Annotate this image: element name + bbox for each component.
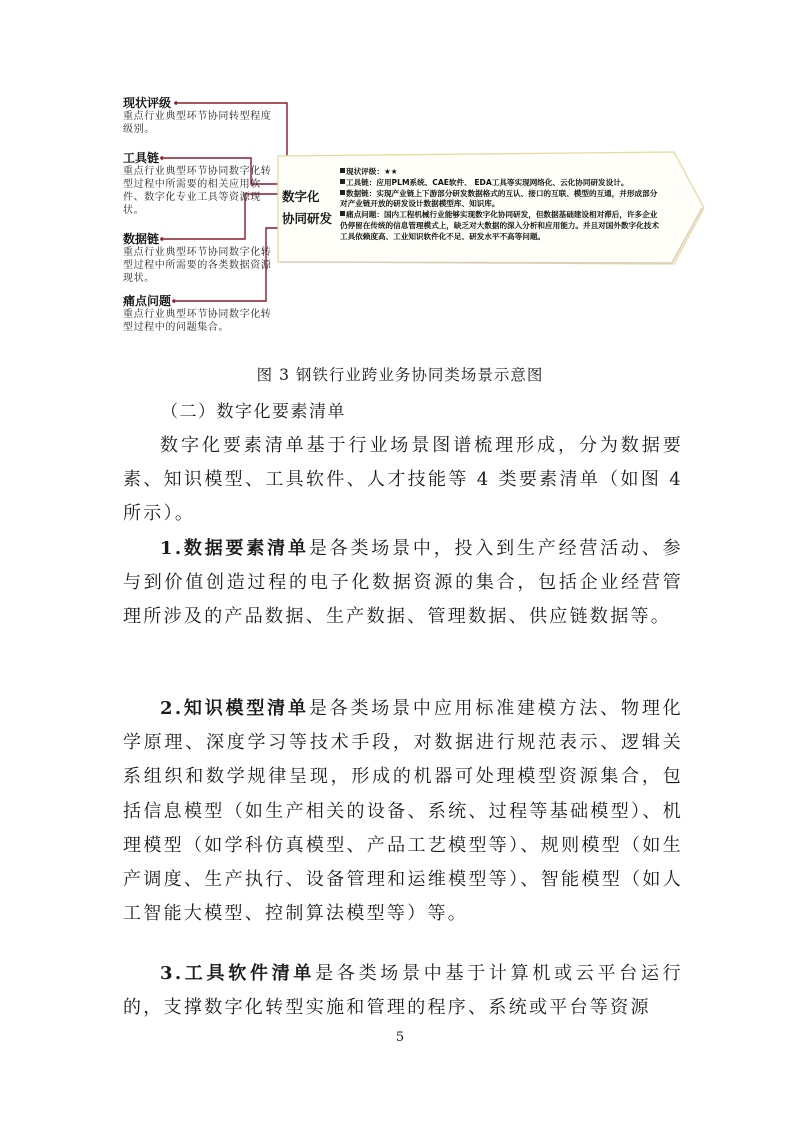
label-title: 数据链 xyxy=(123,232,273,246)
label-desc: 重点行业典型环节协同数字化转型过程中所需要的相关应用软件、数字化专业工具等资源现… xyxy=(123,165,273,217)
item-text: 国内工程机械行业能够实现数字化协同研发，但数据基础建设相对滞后，许多企业仍停留在… xyxy=(340,210,659,241)
paragraph-lead: 2.知识模型清单 xyxy=(160,698,309,719)
paragraph-lead: 3.工具软件清单 xyxy=(160,963,315,984)
box-item-toolchain: 工具链：应用PLM系统、CAE软件、 EDA工具等实现网络化、云化协同研发设计。 xyxy=(340,178,660,189)
label-title: 现状评级 xyxy=(123,96,273,110)
label-title: 痛点问题 xyxy=(123,294,273,308)
label-block-rating: 现状评级 重点行业典型环节协同转型程度级别。 xyxy=(123,96,273,136)
paragraph-data-elements: 1.数据要素清单是各类场景中，投入到生产经营活动、参与到价值创造过程的电子化数据… xyxy=(123,532,683,635)
item-label: 数据链： xyxy=(346,189,376,198)
bullet-square-icon xyxy=(340,168,345,173)
paragraph-tool-software: 3.工具软件清单是各类场景中基于计算机或云平台运行的，支撑数字化转型实施和管理的… xyxy=(123,957,683,1025)
paragraph-intro: 数字化要素清单基于行业场景图谱梳理形成，分为数据要素、知识模型、工具软件、人才技… xyxy=(123,429,683,532)
figure-caption: 图 3 钢铁行业跨业务协同类场景示意图 xyxy=(0,363,800,385)
box-title-line1: 数字化 xyxy=(282,186,332,208)
label-desc: 重点行业典型环节协同转型程度级别。 xyxy=(123,110,273,136)
paragraph-knowledge-models: 2.知识模型清单是各类场景中应用标准建模方法、物理化学原理、深度学习等技术手段，… xyxy=(123,692,683,931)
section-heading: （二）数字化要素清单 xyxy=(161,397,346,422)
item-text: ★★ xyxy=(384,167,398,176)
box-item-datachain: 数据链：实现产业链上下游部分研发数据格式的互认、接口的互联、模型的互通，并形成部… xyxy=(340,189,660,211)
box-details: 现状评级：★★ 工具链：应用PLM系统、CAE软件、 EDA工具等实现网络化、云… xyxy=(340,167,660,243)
label-block-datachain: 数据链 重点行业典型环节协同数字化转型过程中所需要的各类数据资源现状。 xyxy=(123,232,273,285)
label-title: 工具链 xyxy=(123,151,273,165)
label-block-toolchain: 工具链 重点行业典型环节协同数字化转型过程中所需要的相关应用软件、数字化专业工具… xyxy=(123,151,273,217)
item-label: 现状评级： xyxy=(346,167,384,176)
paragraph-lead: 1.数据要素清单 xyxy=(160,538,309,559)
item-text: 实现产业链上下游部分研发数据格式的互认、接口的互联、模型的互通，并形成部分对产业… xyxy=(340,189,657,209)
item-text: 应用PLM系统、CAE软件、 EDA工具等实现网络化、云化协同研发设计。 xyxy=(376,178,628,187)
bullet-square-icon xyxy=(340,190,345,195)
box-item-rating: 现状评级：★★ xyxy=(340,167,660,178)
paragraph-text: 是各类场景中应用标准建模方法、物理化学原理、深度学习等技术手段，对数据进行规范表… xyxy=(123,698,683,924)
label-desc: 重点行业典型环节协同数字化转型过程中的问题集合。 xyxy=(123,308,273,334)
page-number: 5 xyxy=(0,1030,800,1045)
bullet-square-icon xyxy=(340,179,345,184)
paragraph-text: 数字化要素清单基于行业场景图谱梳理形成，分为数据要素、知识模型、工具软件、人才技… xyxy=(123,435,683,524)
box-title: 数字化 协同研发 xyxy=(282,186,332,230)
box-item-painpoints: 痛点问题：国内工程机械行业能够实现数字化协同研发，但数据基础建设相对滞后，许多企… xyxy=(340,210,660,242)
bullet-square-icon xyxy=(340,211,345,216)
item-label: 痛点问题： xyxy=(346,210,384,219)
item-label: 工具链： xyxy=(346,178,376,187)
label-block-painpoints: 痛点问题 重点行业典型环节协同数字化转型过程中的问题集合。 xyxy=(123,294,273,334)
label-desc: 重点行业典型环节协同数字化转型过程中所需要的各类数据资源现状。 xyxy=(123,246,273,285)
box-title-line2: 协同研发 xyxy=(282,208,332,230)
